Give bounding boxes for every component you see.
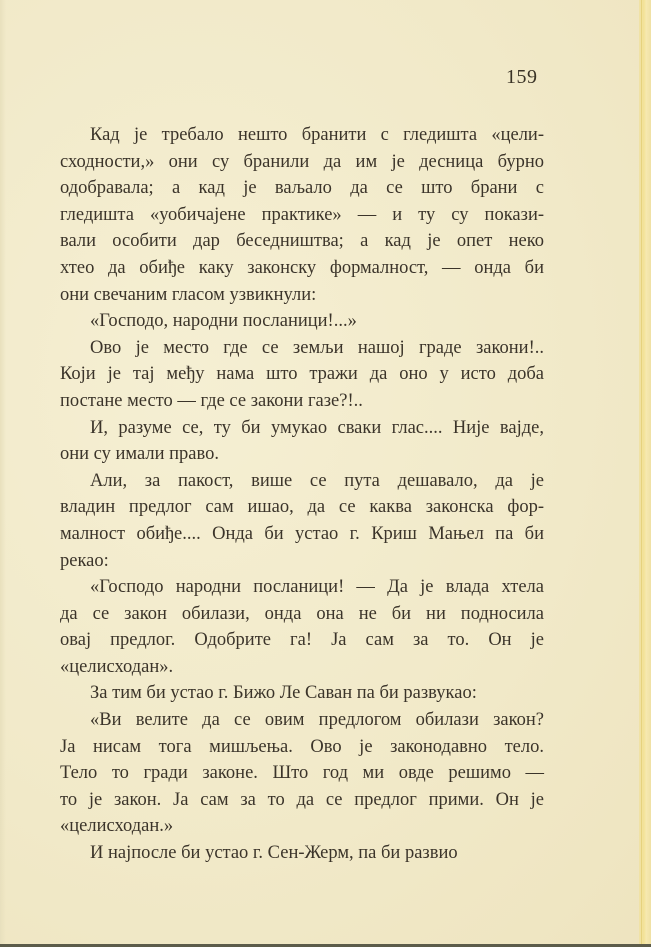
text-line: Али, за пакост, више се пута дешавало, д… — [60, 468, 544, 495]
body-text: Кад је требало нешто бранити с гледишта … — [60, 122, 544, 867]
text-line: Кад је требало нешто бранити с гледишта … — [60, 122, 544, 149]
text-line: одобравала; а кад је ваљало да се што бр… — [60, 175, 544, 202]
text-line: постане место — где се закони газе?!.. — [60, 388, 544, 415]
text-line: И, разуме се, ту би умукао сваки глас...… — [60, 415, 544, 442]
text-line: «целисходан». — [60, 654, 544, 681]
text-line: малност обиђе.... Онда би устао г. Криш … — [60, 521, 544, 548]
text-line: они су имали право. — [60, 441, 544, 468]
book-page: 159 Кад је требало нешто бранити с гледи… — [0, 0, 651, 944]
text-line: Који је тај међу нама што тражи да оно у… — [60, 361, 544, 388]
text-line: сходности,» они су бранили да им је десн… — [60, 149, 544, 176]
page-edge-line — [641, 0, 642, 944]
paragraph: «Господо, народни посланици!...» — [60, 308, 544, 335]
text-line: И најпосле би устао г. Сен-Жерм, па би р… — [60, 840, 544, 867]
text-line: «Господо, народни посланици!...» — [60, 308, 544, 335]
page-left-shadow — [0, 0, 6, 944]
text-line: то је закон. Ја сам за то да се предлог … — [60, 787, 544, 814]
paragraph: «Господо народни посланици! — Да је влад… — [60, 574, 544, 680]
text-line: рекао: — [60, 548, 544, 575]
text-line: они свечаним гласом узвикнули: — [60, 282, 544, 309]
page-number: 159 — [506, 66, 538, 89]
paragraph: И, разуме се, ту би умукао сваки глас...… — [60, 415, 544, 468]
text-line: Ово је место где се земљи нашој граде за… — [60, 335, 544, 362]
text-line: За тим би устао г. Бижо Ле Саван па би р… — [60, 680, 544, 707]
text-line: владин предлог сам ишао, да се каква зак… — [60, 494, 544, 521]
text-line: да се закон обилази, онда она не би ни п… — [60, 601, 544, 628]
text-line: «Господо народни посланици! — Да је влад… — [60, 574, 544, 601]
text-line: «целисходан.» — [60, 813, 544, 840]
text-line: овај предлог. Одобрите га! Ја сам за то.… — [60, 627, 544, 654]
text-line: хтео да обиђе каку законску формалност, … — [60, 255, 544, 282]
text-line: гледишта «уобичајене практике» — и ту су… — [60, 202, 544, 229]
paragraph: Кад је требало нешто бранити с гледишта … — [60, 122, 544, 308]
text-line: Тело то гради законе. Што год ми овде ре… — [60, 760, 544, 787]
paragraph: За тим би устао г. Бижо Ле Саван па би р… — [60, 680, 544, 707]
text-line: Ја нисам тога мишљења. Ово је законодавн… — [60, 734, 544, 761]
paragraph: «Ви велите да се овим предлогом обилази … — [60, 707, 544, 840]
paragraph: И најпосле би устао г. Сен-Жерм, па би р… — [60, 840, 544, 867]
text-line: «Ви велите да се овим предлогом обилази … — [60, 707, 544, 734]
paragraph: Ово је место где се земљи нашој граде за… — [60, 335, 544, 415]
text-line: вали особити дар беседништва; а кад је о… — [60, 228, 544, 255]
paragraph: Али, за пакост, више се пута дешавало, д… — [60, 468, 544, 574]
